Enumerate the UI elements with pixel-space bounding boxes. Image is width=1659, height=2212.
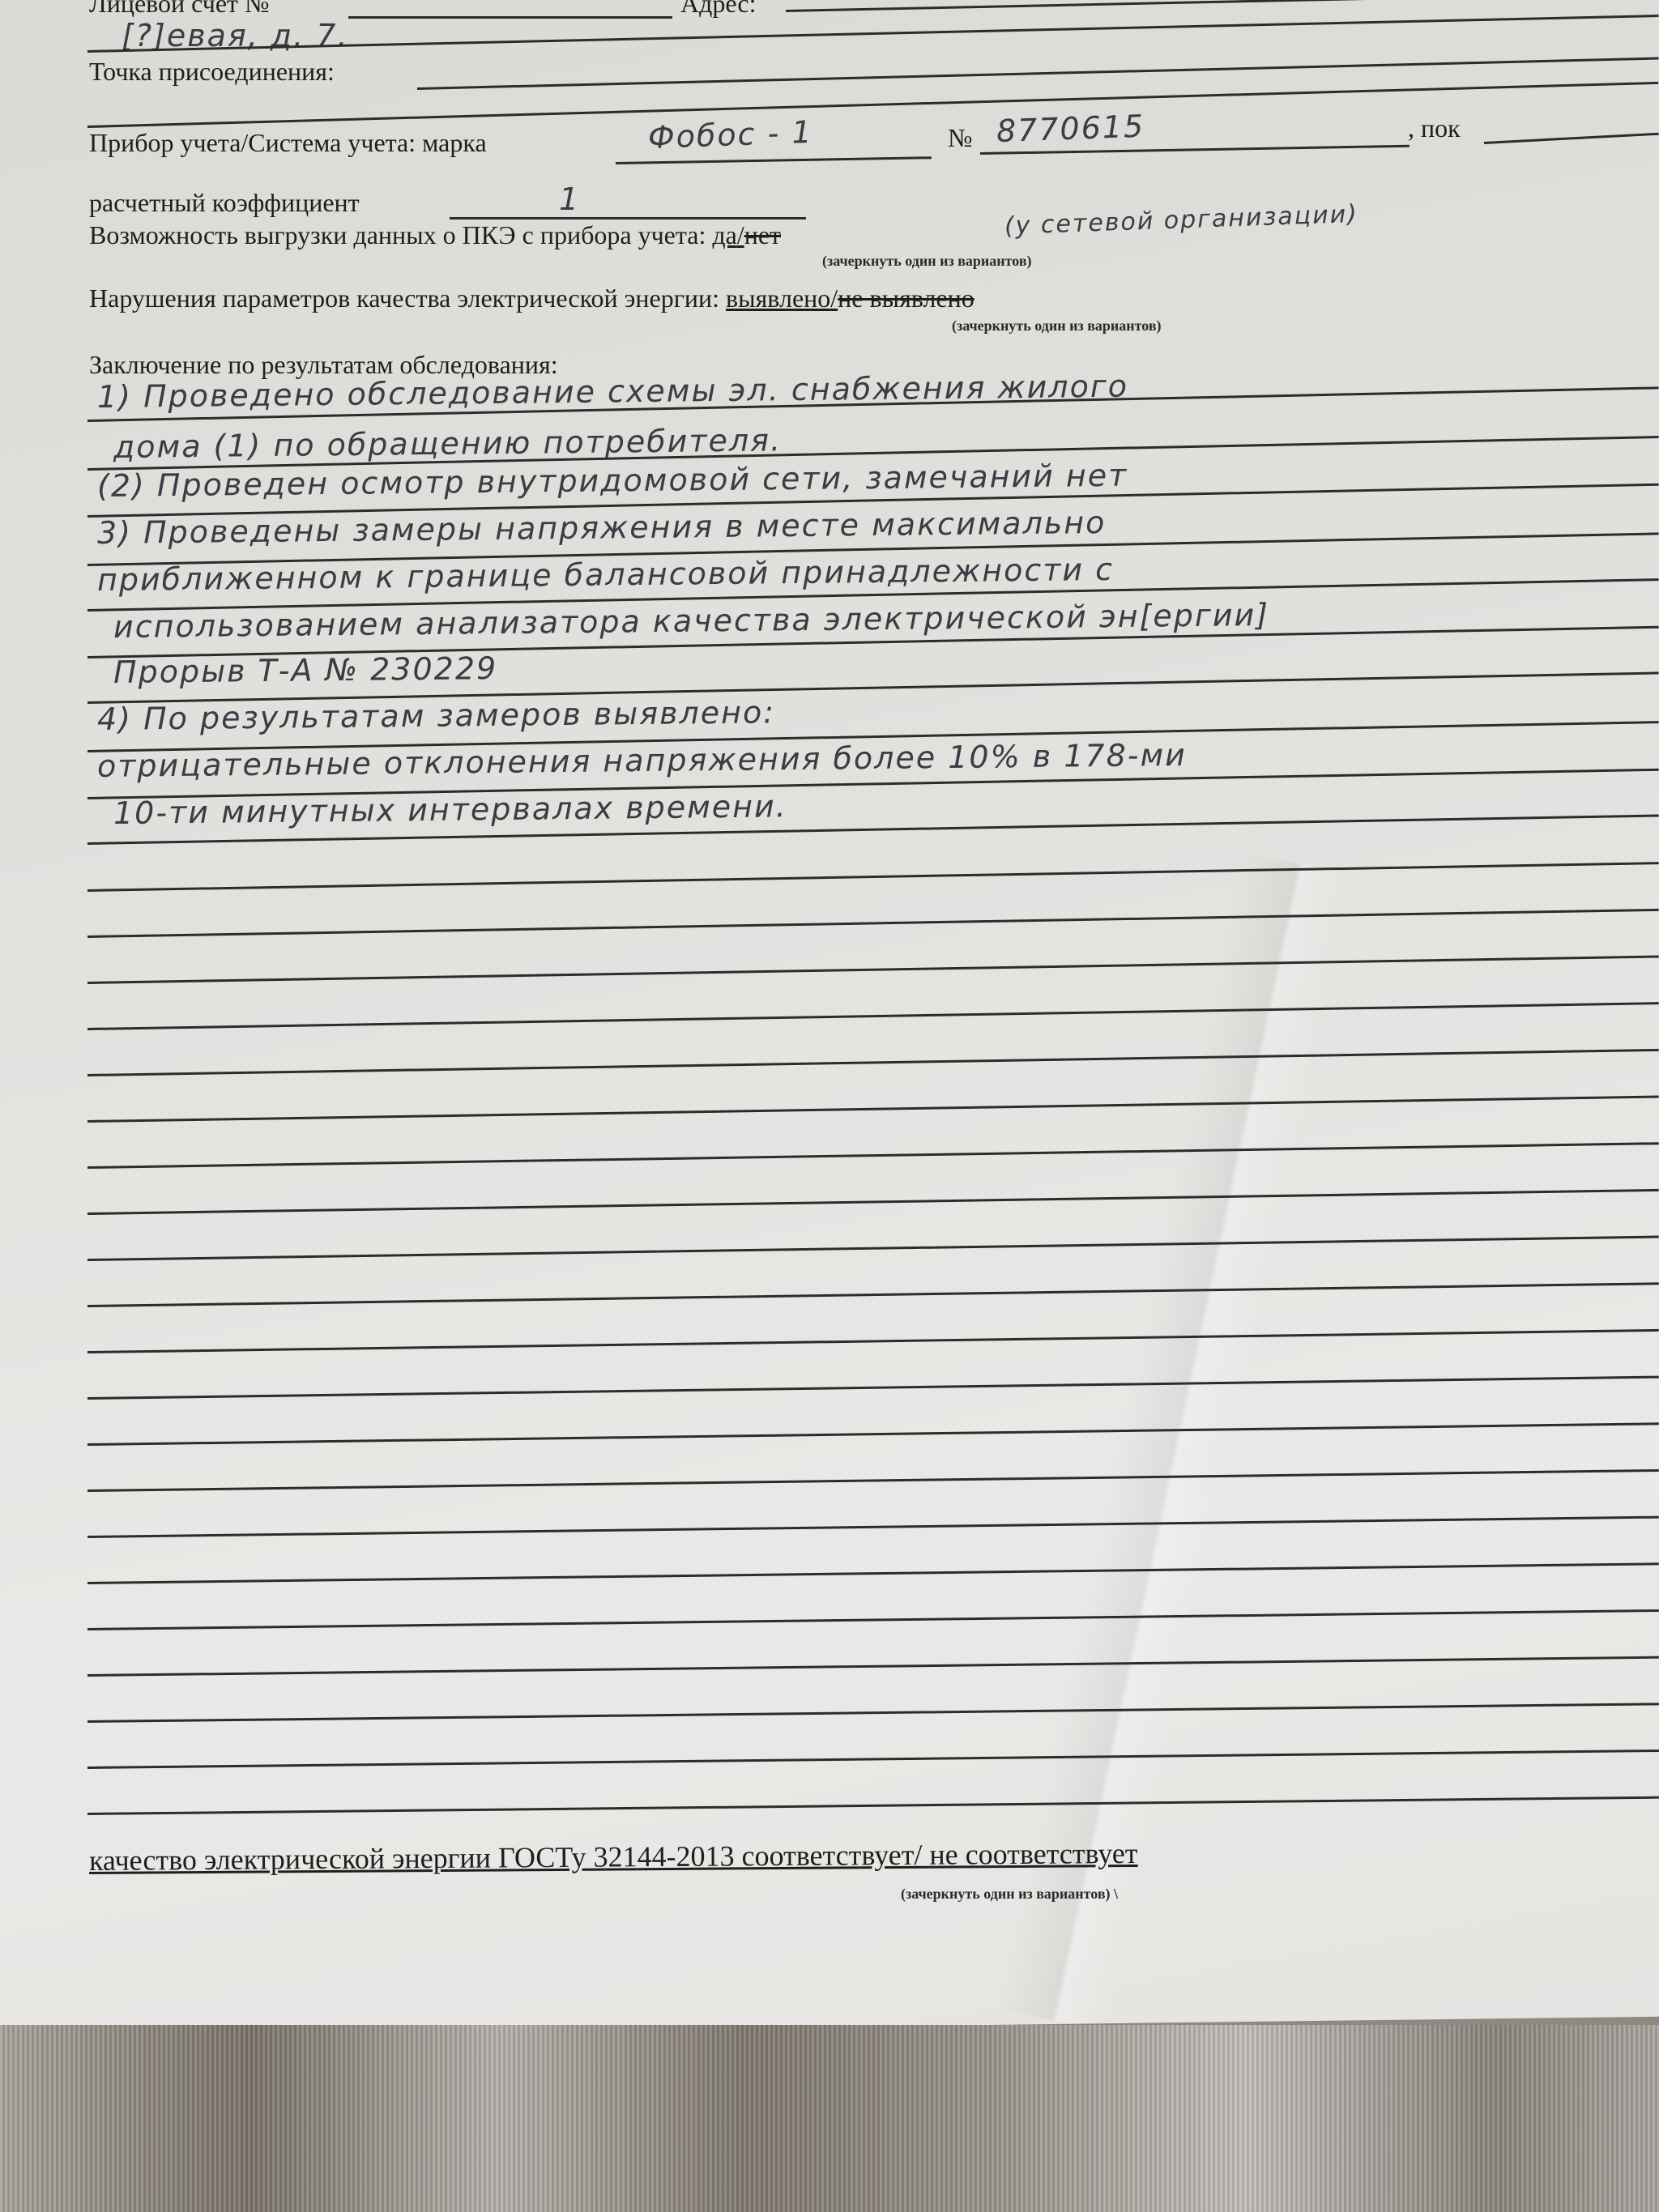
readings-underline <box>1484 133 1659 144</box>
ruled-line <box>87 1796 1659 1815</box>
violations-sep: / <box>830 283 838 313</box>
address-underline <box>786 0 1659 12</box>
violations-label: Нарушения параметров качества электричес… <box>89 283 975 313</box>
violations-text: Нарушения параметров качества электричес… <box>89 283 719 313</box>
ruled-line <box>87 1750 1659 1769</box>
ruled-line <box>87 1516 1659 1538</box>
meter-brand-handwritten: Фобос - 1 <box>647 114 813 156</box>
connection-point-line <box>417 58 1659 90</box>
gost-conclusion-text: качество электрической энергии ГОСТу 321… <box>89 1837 1138 1877</box>
pke-export-note-handwritten: (у сетевой организации) <box>1004 200 1358 241</box>
meter-label: Прибор учета/Система учета: марка <box>89 128 487 158</box>
ruled-line <box>87 1049 1659 1076</box>
pke-strike-hint: (зачеркнуть один из вариантов) <box>822 253 1032 270</box>
gost-strike-hint: (зачеркнуть один из вариантов) \ <box>901 1886 1118 1903</box>
ruled-line <box>87 1096 1659 1123</box>
violations-found: выявлено <box>726 283 830 313</box>
ruled-line <box>87 1189 1659 1215</box>
account-underline <box>348 16 672 19</box>
violations-strike-hint: (зачеркнуть один из вариантов) <box>952 318 1162 335</box>
ruled-line <box>87 1609 1659 1630</box>
ruled-line <box>87 1142 1659 1169</box>
account-label: Лицевой счет № <box>89 0 270 19</box>
ruled-line <box>87 1002 1659 1030</box>
conclusion-handwritten-line: отрицательные отклонения напряжения боле… <box>97 737 1187 784</box>
ruled-line <box>87 1236 1659 1261</box>
ruled-line <box>87 1282 1659 1307</box>
gost-conclusion: качество электрической энергии ГОСТу 321… <box>89 1836 1138 1877</box>
coefficient-handwritten: 1 <box>559 181 580 217</box>
ruled-line <box>87 1562 1659 1584</box>
readings-label: , пок <box>1408 113 1461 143</box>
ruled-line <box>87 1703 1659 1723</box>
meter-number-handwritten: 8770615 <box>996 109 1145 149</box>
conclusion-handwritten-line: дома (1) по обращению потребителя. <box>113 422 783 465</box>
ruled-line <box>87 1469 1659 1492</box>
ruled-line <box>87 1656 1659 1677</box>
pke-export-sep: / <box>737 220 744 249</box>
ruled-line <box>87 1329 1659 1353</box>
ruled-line <box>87 862 1659 892</box>
connection-point-label: Точка присоединения: <box>89 57 335 87</box>
pke-export-no: нет <box>744 220 781 249</box>
meter-brand-underline <box>616 156 932 164</box>
meter-number-label: № <box>948 123 973 153</box>
pke-export-yes: да <box>712 220 736 249</box>
ruled-line <box>87 1422 1659 1446</box>
coefficient-label: расчетный коэффициент <box>89 188 360 218</box>
ruled-line <box>87 1376 1659 1400</box>
pke-export-label: Возможность выгрузки данных о ПКЭ с приб… <box>89 220 781 250</box>
conclusion-handwritten-line: приближенном к границе балансовой принад… <box>97 552 1115 598</box>
ruled-line <box>87 909 1659 938</box>
form-sheet: Лицевой счет № Адрес: [?]евая, д. 7. Точ… <box>0 0 1659 2041</box>
background-fabric <box>0 2025 1659 2212</box>
ruled-line <box>87 955 1659 984</box>
violations-not-found: не выявлено <box>838 283 975 313</box>
coefficient-underline <box>450 217 806 219</box>
pke-export-text: Возможность выгрузки данных о ПКЭ с приб… <box>89 220 706 249</box>
address-label: Адрес: <box>680 0 756 19</box>
